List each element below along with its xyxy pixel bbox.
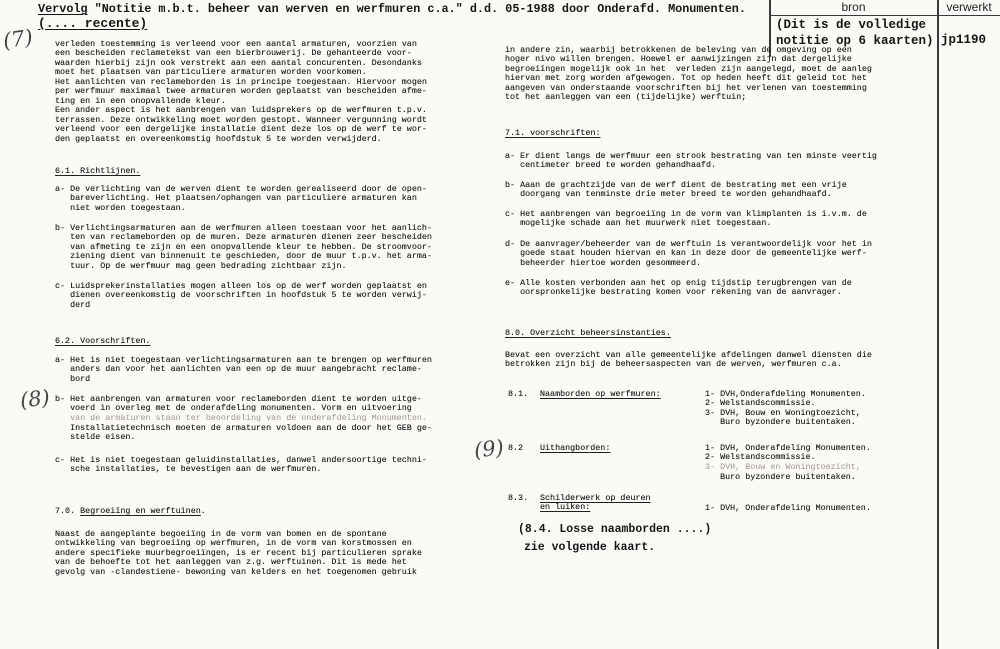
item-6-2-a: a- Het is niet toegestaan verlichtingsar… bbox=[55, 356, 432, 384]
section-8-1-title: Naamborden op werfmuren: bbox=[540, 390, 661, 399]
item-7-1-e: e- Alle kosten verbonden aan het op enig… bbox=[505, 279, 852, 298]
left-intro-paragraph: verleden toestemming is verleend voor ee… bbox=[55, 40, 427, 144]
heading-7-0: 7.0. Begroeiïng en werftuinen. bbox=[55, 507, 206, 516]
item-6-2-b-part2: Installatietechnisch moeten de armaturen… bbox=[55, 424, 432, 443]
heading-6-1: 6.1. Richtlijnen. bbox=[55, 167, 140, 176]
section-8-3-title-text: Schilderwerk op deuren en luiken: bbox=[540, 493, 651, 512]
section-8-4-line2: zie volgende kaart. bbox=[524, 541, 655, 554]
left-outro-paragraph: Naast de aangeplante begoeiïng in de vor… bbox=[55, 530, 422, 577]
section-8-2-number: 8.2 bbox=[508, 444, 523, 453]
right-intro-paragraph: in andere zin, waarbij betrokkenen de be… bbox=[505, 46, 872, 103]
heading-7-0-number: 7.0. bbox=[55, 506, 80, 516]
verwerkt-column-rule bbox=[937, 0, 939, 649]
heading-7-0-text: Begroeiïng en werftuinen bbox=[80, 506, 201, 516]
heading-8-0: 8.0. Overzicht beheersinstanties. bbox=[505, 329, 671, 338]
section-8-2-title: Uithangborden: bbox=[540, 444, 610, 453]
section-8-4-line1: (8.4. Losse naamborden ....) bbox=[518, 523, 711, 536]
item-7-1-d: d- De aanvrager/beheerder van de werftui… bbox=[505, 240, 872, 268]
section-8-2-instanties-list-part2: Buro byzondere buitentaken. bbox=[705, 473, 856, 482]
heading-8-0-text: 8.0. Overzicht beheersinstanties. bbox=[505, 328, 671, 338]
heading-7-0-period: . bbox=[201, 506, 206, 516]
heading-7-1: 7.1. voorschriften: bbox=[505, 129, 601, 138]
item-6-2-c: c- Het is niet toegestaan geluidinstalla… bbox=[55, 456, 427, 475]
section-8-2-instanties-list-part1: 1- DVH, Onderafdeling Monumenten. 2- Wel… bbox=[705, 444, 871, 463]
margin-note-9: (9) bbox=[473, 436, 505, 463]
item-6-1-a: a- De verlichting van de werven dient te… bbox=[55, 185, 427, 213]
section-8-3-instanties-list: 1- DVH, Onderafdeling Monumenten. bbox=[705, 504, 871, 513]
paragraph-8-0: Bevat een overzicht van alle gemeentelij… bbox=[505, 351, 872, 370]
item-7-1-c: c- Het aanbrengen van begroeiïng in de v… bbox=[505, 210, 867, 229]
margin-note-7: (7) bbox=[1, 25, 34, 53]
scanned-document-card: bron verwerkt (Dit is de volledige notit… bbox=[0, 0, 1000, 649]
heading-7-1-text: 7.1. voorschriften: bbox=[505, 128, 601, 138]
margin-note-8: (8) bbox=[19, 386, 51, 413]
section-8-1-title-text: Naamborden op werfmuren: bbox=[540, 389, 661, 399]
section-8-3-number: 8.3. bbox=[508, 494, 528, 503]
recente-note: (.... recente) bbox=[38, 17, 147, 31]
item-7-1-b: b- Aaan de grachtzijde van de werf dient… bbox=[505, 181, 847, 200]
item-6-1-c: c- Luidsprekerinstallaties mogen alleen … bbox=[55, 282, 427, 310]
document-title: Vervolg "Notitie m.b.t. beheer van werve… bbox=[38, 3, 746, 16]
title-rest: "Notitie m.b.t. beheer van werven en wer… bbox=[88, 2, 746, 16]
section-8-1-instanties-list: 1- DVH,Onderafdeling Monumenten. 2- Wels… bbox=[705, 390, 866, 428]
heading-6-2-text: 6.2. Voorschriften. bbox=[55, 336, 151, 346]
verwerkt-column-label: verwerkt bbox=[938, 1, 1000, 14]
verwerkt-code: jp1190 bbox=[941, 33, 986, 47]
stamp-header-rule bbox=[769, 15, 1000, 17]
item-6-2-b-part1: b- Het aanbrengen van armaturen voor rec… bbox=[55, 395, 422, 414]
item-6-1-b: b- Verlichtingsarmaturen aan de werfmure… bbox=[55, 224, 432, 271]
bron-column-label: bron bbox=[770, 1, 937, 14]
heading-6-1-text: 6.1. Richtlijnen. bbox=[55, 166, 140, 176]
title-vervolg-word: Vervolg bbox=[38, 2, 88, 16]
item-7-1-a: a- Er dient langs de werfmuur een strook… bbox=[505, 152, 877, 171]
section-8-2-title-text: Uithangborden: bbox=[540, 443, 610, 453]
section-8-3-title: Schilderwerk op deuren en luiken: bbox=[540, 494, 651, 513]
heading-6-2: 6.2. Voorschriften. bbox=[55, 337, 151, 346]
section-8-1-number: 8.1. bbox=[508, 390, 528, 399]
